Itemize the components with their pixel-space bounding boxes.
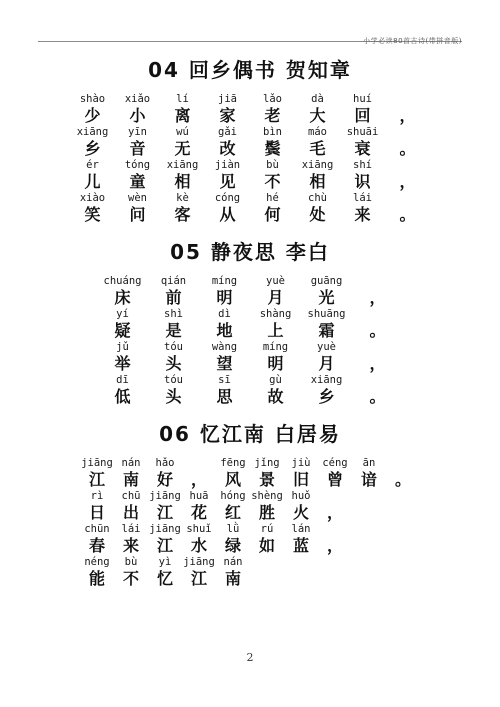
document-page: 小学必读80首古诗(带拼音版) 04 回乡偶书 贺知章shào少xiǎo小lí离… [0,0,500,707]
hanzi-text: 水 [182,536,216,555]
page-header: 小学必读80首古诗(带拼音版) [38,28,462,42]
hanzi-text: 客 [160,205,205,224]
hanzi-text: 笑 [70,205,115,224]
pinyin-text: shào [70,92,115,106]
pinyin-text [318,522,352,536]
pinyin-text: yuè [250,274,301,288]
poem-body: jiāng江nán南hǎo好，fēng风jǐng景jiù旧céng曾ān谙。rì… [80,456,420,588]
char-cell: máo毛 [295,125,340,158]
pinyin-text: nán [216,555,250,569]
pinyin-text: jiā [205,92,250,106]
pinyin-text: lái [340,191,385,205]
hanzi-text: 江 [182,569,216,588]
pinyin-text [352,274,403,288]
pinyin-text: dì [199,307,250,321]
char-cell: gǎi改 [205,125,250,158]
poem-line: chūn春lái来jiāng江shuǐ水lǜ绿rú如lán蓝， [80,522,420,555]
char-cell: lán蓝 [284,522,318,555]
pinyin-text [352,373,403,387]
char-cell: gù故 [250,373,301,406]
hanzi-text: 头 [148,354,199,373]
pinyin-text: jiāng [148,489,182,503]
char-cell: shào少 [70,92,115,125]
pinyin-text: bìn [250,125,295,139]
pinyin-text: tóu [148,373,199,387]
hanzi-text: 是 [148,321,199,340]
char-cell: dì地 [199,307,250,340]
poem-section: 04 回乡偶书 贺知章shào少xiǎo小lí离jiā家lǎo老dà大huí回，… [0,56,500,224]
pinyin-text: dī [97,373,148,387]
char-cell: shuāi衰 [340,125,385,158]
hanzi-text: 。 [386,470,420,489]
char-cell: xiāng相 [295,158,340,191]
hanzi-text: 改 [205,139,250,158]
pinyin-text: chù [295,191,340,205]
pinyin-text [386,456,420,470]
char-cell: xiǎo小 [115,92,160,125]
char-cell: wèn问 [115,191,160,224]
hanzi-text: 老 [250,106,295,125]
char-cell: bù不 [250,158,295,191]
char-cell: jǔ举 [97,340,148,373]
char-cell: xiāng乡 [70,125,115,158]
char-cell: hé何 [250,191,295,224]
pinyin-text [182,456,216,470]
hanzi-text: 家 [205,106,250,125]
hanzi-text: 好 [148,470,182,489]
pinyin-text: xiāng [301,373,352,387]
hanzi-text: 望 [199,354,250,373]
hanzi-text: 地 [199,321,250,340]
char-cell: lǎo老 [250,92,295,125]
hanzi-text: 忆 [148,569,182,588]
pinyin-text: sī [199,373,250,387]
pinyin-text: huā [182,489,216,503]
pinyin-text [385,125,430,139]
hanzi-text: 。 [352,387,403,406]
hanzi-text: 月 [301,354,352,373]
page-footer: 2 [0,646,500,665]
char-cell: yuè月 [301,340,352,373]
hanzi-text: 日 [80,503,114,522]
char-cell: tóng童 [115,158,160,191]
pinyin-text: xiǎo [115,92,160,106]
pinyin-text: lái [114,522,148,536]
char-cell: shí识 [340,158,385,191]
header-title: 小学必读80首古诗(带拼音版) [363,37,462,45]
pinyin-text: lí [160,92,205,106]
char-cell: lái来 [340,191,385,224]
hanzi-text: ， [352,354,403,373]
char-cell: hǎo好 [148,456,182,489]
pinyin-text: yí [97,307,148,321]
poems-container: 04 回乡偶书 贺知章shào少xiǎo小lí离jiā家lǎo老dà大huí回，… [0,56,500,588]
hanzi-text: ， [318,503,352,522]
hanzi-text: 胜 [250,503,284,522]
pinyin-text: nán [114,456,148,470]
hanzi-text: 小 [115,106,160,125]
pinyin-text: jiù [284,456,318,470]
char-cell: ， [385,92,430,125]
char-cell: ， [385,158,430,191]
poem-title: 04 回乡偶书 贺知章 [0,56,500,84]
hanzi-text: 故 [250,387,301,406]
char-cell: hóng红 [216,489,250,522]
char-cell: huā花 [182,489,216,522]
poem-line: jǔ举tóu头wàng望míng明yuè月， [97,340,403,373]
char-cell: fēng风 [216,456,250,489]
pinyin-text: yuè [301,340,352,354]
hanzi-text: 火 [284,503,318,522]
poem-line: xiāng乡yīn音wú无gǎi改bìn鬓máo毛shuāi衰。 [70,125,430,158]
pinyin-text: shí [340,158,385,172]
pinyin-text: míng [199,274,250,288]
hanzi-text: 处 [295,205,340,224]
hanzi-text: 景 [250,470,284,489]
hanzi-text: 回 [340,106,385,125]
char-cell: cóng从 [205,191,250,224]
hanzi-text: 从 [205,205,250,224]
hanzi-text: 鬓 [250,139,295,158]
char-cell: nán南 [216,555,250,588]
pinyin-text: hǎo [148,456,182,470]
char-cell: wú无 [160,125,205,158]
pinyin-text: lán [284,522,318,536]
char-cell: kè客 [160,191,205,224]
pinyin-text: shèng [250,489,284,503]
char-cell: ān谙 [352,456,386,489]
char-cell: huí回 [340,92,385,125]
hanzi-text: 如 [250,536,284,555]
poem-line: yí疑shì是dì地shàng上shuāng霜。 [97,307,403,340]
hanzi-text: 相 [160,172,205,191]
pinyin-text: rú [250,522,284,536]
hanzi-text: 春 [80,536,114,555]
hanzi-text: 疑 [97,321,148,340]
char-cell: shì是 [148,307,199,340]
pinyin-text: chuáng [97,274,148,288]
char-cell: wàng望 [199,340,250,373]
pinyin-text: jiāng [80,456,114,470]
poem-body: shào少xiǎo小lí离jiā家lǎo老dà大huí回，xiāng乡yīn音w… [70,92,430,224]
hanzi-text: 蓝 [284,536,318,555]
char-cell: bù不 [114,555,148,588]
hanzi-text: 毛 [295,139,340,158]
hanzi-text: 光 [301,288,352,307]
pinyin-text: hóng [216,489,250,503]
pinyin-text: jiāng [182,555,216,569]
hanzi-text: 离 [160,106,205,125]
pinyin-text: bù [250,158,295,172]
hanzi-text: ， [385,106,430,125]
poem-title: 06 忆江南 白居易 [0,420,500,448]
pinyin-text: céng [318,456,352,470]
hanzi-text: 前 [148,288,199,307]
pinyin-text: shuāng [301,307,352,321]
pinyin-text: qián [148,274,199,288]
hanzi-text: 识 [340,172,385,191]
pinyin-text [318,489,352,503]
char-cell: jiā家 [205,92,250,125]
pinyin-text: wàng [199,340,250,354]
pinyin-text [352,307,403,321]
char-cell: xiāng相 [160,158,205,191]
hanzi-text: ， [318,536,352,555]
pinyin-text: gǎi [205,125,250,139]
pinyin-text: yì [148,555,182,569]
hanzi-text: 大 [295,106,340,125]
char-cell: huǒ火 [284,489,318,522]
char-cell: shàng上 [250,307,301,340]
pinyin-text: shuāi [340,125,385,139]
hanzi-text: 乡 [70,139,115,158]
pinyin-text: xiāng [295,158,340,172]
char-cell: ， [352,340,403,373]
char-cell: yuè月 [250,274,301,307]
char-cell: jiāng江 [148,522,182,555]
char-cell: chū出 [114,489,148,522]
char-cell: lái来 [114,522,148,555]
pinyin-text: guāng [301,274,352,288]
pinyin-text: wèn [115,191,160,205]
pinyin-text [385,92,430,106]
char-cell: yí疑 [97,307,148,340]
char-cell: jiāng江 [182,555,216,588]
pinyin-text [385,191,430,205]
pinyin-text: néng [80,555,114,569]
pinyin-text: jiāng [148,522,182,536]
hanzi-text: 明 [250,354,301,373]
char-cell: 。 [386,456,420,489]
pinyin-text: wú [160,125,205,139]
pinyin-text: shì [148,307,199,321]
pinyin-text: jǐng [250,456,284,470]
hanzi-text: 。 [385,205,430,224]
poem-section: 05 静夜思 李白chuáng床qián前míng明yuè月guāng光，yí疑… [0,238,500,406]
hanzi-text: 出 [114,503,148,522]
hanzi-text: 江 [148,503,182,522]
char-cell: 。 [352,307,403,340]
hanzi-text: 衰 [340,139,385,158]
pinyin-text: rì [80,489,114,503]
hanzi-text: 相 [295,172,340,191]
hanzi-text: 头 [148,387,199,406]
pinyin-text: xiāng [70,125,115,139]
pinyin-text: máo [295,125,340,139]
pinyin-text: chūn [80,522,114,536]
hanzi-text: 不 [250,172,295,191]
char-cell: bìn鬓 [250,125,295,158]
char-cell: dī低 [97,373,148,406]
pinyin-text: shàng [250,307,301,321]
char-cell: xiào笑 [70,191,115,224]
char-cell: jiàn见 [205,158,250,191]
pinyin-text: chū [114,489,148,503]
hanzi-text: 来 [114,536,148,555]
char-cell: sī思 [199,373,250,406]
hanzi-text: 曾 [318,470,352,489]
poem-line: ér儿tóng童xiāng相jiàn见bù不xiāng相shí识， [70,158,430,191]
hanzi-text: 明 [199,288,250,307]
hanzi-text: 少 [70,106,115,125]
pinyin-text [352,340,403,354]
char-cell: néng能 [80,555,114,588]
char-cell: jiāng江 [148,489,182,522]
pinyin-text [385,158,430,172]
char-cell: rú如 [250,522,284,555]
hanzi-text: ， [352,288,403,307]
poem-line: rì日chū出jiāng江huā花hóng红shèng胜huǒ火， [80,489,420,522]
hanzi-text: 思 [199,387,250,406]
pinyin-text: fēng [216,456,250,470]
char-cell: yì忆 [148,555,182,588]
char-cell: nán南 [114,456,148,489]
pinyin-text: jiàn [205,158,250,172]
hanzi-text: 月 [250,288,301,307]
char-cell: 。 [352,373,403,406]
char-cell: ér儿 [70,158,115,191]
hanzi-text: 上 [250,321,301,340]
hanzi-text: 绿 [216,536,250,555]
char-cell: 。 [385,125,430,158]
hanzi-text: 江 [80,470,114,489]
char-cell: lí离 [160,92,205,125]
pinyin-text: lǎo [250,92,295,106]
pinyin-text: shuǐ [182,522,216,536]
hanzi-text: 音 [115,139,160,158]
pinyin-text: bù [114,555,148,569]
char-cell: chù处 [295,191,340,224]
poem-title: 05 静夜思 李白 [0,238,500,266]
poem-line: néng能bù不yì忆jiāng江nán南 [80,555,420,588]
char-cell: jǐng景 [250,456,284,489]
hanzi-text: 南 [114,470,148,489]
pinyin-text: gù [250,373,301,387]
pinyin-text: xiāng [160,158,205,172]
pinyin-text: ān [352,456,386,470]
char-cell: yīn音 [115,125,160,158]
pinyin-text: huǒ [284,489,318,503]
poem-body: chuáng床qián前míng明yuè月guāng光，yí疑shì是dì地sh… [97,274,403,406]
hanzi-text: 花 [182,503,216,522]
pinyin-text: jǔ [97,340,148,354]
hanzi-text: 问 [115,205,160,224]
char-cell: chūn春 [80,522,114,555]
hanzi-text: 童 [115,172,160,191]
poem-line: xiào笑wèn问kè客cóng从hé何chù处lái来。 [70,191,430,224]
pinyin-text: cóng [205,191,250,205]
poem-line: dī低tóu头sī思gù故xiāng乡。 [97,373,403,406]
pinyin-text: tóng [115,158,160,172]
pinyin-text: ér [70,158,115,172]
char-cell: céng曾 [318,456,352,489]
char-cell: míng明 [250,340,301,373]
char-cell: rì日 [80,489,114,522]
hanzi-text: 霜 [301,321,352,340]
char-cell: ， [182,456,216,489]
char-cell: guāng光 [301,274,352,307]
hanzi-text: 举 [97,354,148,373]
pinyin-text: kè [160,191,205,205]
hanzi-text: 谙 [352,470,386,489]
hanzi-text: 无 [160,139,205,158]
pinyin-text: xiào [70,191,115,205]
pinyin-text: tóu [148,340,199,354]
char-cell: xiāng乡 [301,373,352,406]
char-cell: jiù旧 [284,456,318,489]
hanzi-text: 床 [97,288,148,307]
poem-line: shào少xiǎo小lí离jiā家lǎo老dà大huí回， [70,92,430,125]
char-cell: ， [318,489,352,522]
page-number: 2 [247,651,254,664]
char-cell: shuǐ水 [182,522,216,555]
char-cell: ， [352,274,403,307]
poem-line: jiāng江nán南hǎo好，fēng风jǐng景jiù旧céng曾ān谙。 [80,456,420,489]
hanzi-text: 何 [250,205,295,224]
hanzi-text: 风 [216,470,250,489]
poem-line: chuáng床qián前míng明yuè月guāng光， [97,274,403,307]
hanzi-text: 儿 [70,172,115,191]
pinyin-text: hé [250,191,295,205]
hanzi-text: 旧 [284,470,318,489]
pinyin-text: lǜ [216,522,250,536]
char-cell: 。 [385,191,430,224]
char-cell: chuáng床 [97,274,148,307]
char-cell: dà大 [295,92,340,125]
pinyin-text: huí [340,92,385,106]
char-cell: míng明 [199,274,250,307]
char-cell: shuāng霜 [301,307,352,340]
char-cell: lǜ绿 [216,522,250,555]
hanzi-text: 乡 [301,387,352,406]
hanzi-text: 江 [148,536,182,555]
pinyin-text: míng [250,340,301,354]
hanzi-text: 能 [80,569,114,588]
hanzi-text: 红 [216,503,250,522]
hanzi-text: 南 [216,569,250,588]
char-cell: tóu头 [148,373,199,406]
pinyin-text: dà [295,92,340,106]
hanzi-text: 不 [114,569,148,588]
hanzi-text: 。 [352,321,403,340]
char-cell: shèng胜 [250,489,284,522]
hanzi-text: 见 [205,172,250,191]
char-cell: tóu头 [148,340,199,373]
poem-section: 06 忆江南 白居易jiāng江nán南hǎo好，fēng风jǐng景jiù旧c… [0,420,500,588]
hanzi-text: 低 [97,387,148,406]
char-cell: jiāng江 [80,456,114,489]
char-cell: qián前 [148,274,199,307]
char-cell: ， [318,522,352,555]
hanzi-text: ， [182,470,216,489]
pinyin-text: yīn [115,125,160,139]
hanzi-text: 。 [385,139,430,158]
hanzi-text: 来 [340,205,385,224]
hanzi-text: ， [385,172,430,191]
